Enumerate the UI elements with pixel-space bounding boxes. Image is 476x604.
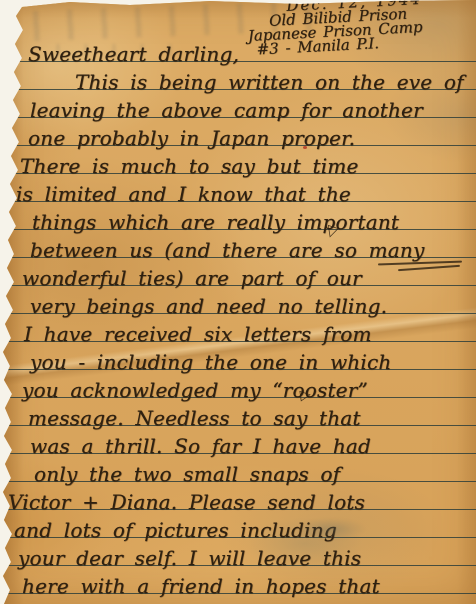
letter-line: your dear self. I will leave this — [0, 538, 476, 566]
letter-line: This is being written on the eve of — [0, 62, 476, 90]
letter-line: There is much to say but time — [0, 146, 476, 174]
letter-line: one probably in Japan proper. — [0, 118, 476, 146]
letter-line: only the two small snaps of — [0, 454, 476, 482]
letter-line: is limited and I know that the — [0, 174, 476, 202]
letter-line: was a thrill. So far I have had — [0, 426, 476, 454]
letter-line: you acknowledged my “rooster” — [0, 370, 476, 398]
ink-flourish-arrow: ▷ — [299, 387, 312, 402]
letter-line: I have received six letters from — [0, 314, 476, 342]
ruled-text-area: Sweetheart darling, This is being writte… — [0, 34, 476, 594]
letter-line: and lots of pictures including — [0, 510, 476, 538]
letter-line: here with a friend in hopes that — [0, 566, 476, 594]
letter-line: Victor + Diana. Please send lots — [0, 482, 476, 510]
salutation-line: Sweetheart darling, — [0, 34, 476, 62]
letter-line: very beings and need no telling. — [0, 286, 476, 314]
letter-paper: Dec. 12, 1944 Old Bilibid Prison Japanes… — [0, 0, 476, 604]
letter-line: you - including the one in which — [0, 342, 476, 370]
red-ink-fleck — [303, 146, 307, 149]
letter-line: leaving the above camp for another — [0, 90, 476, 118]
letter-line: between us (and there are so many — [0, 230, 476, 258]
gray-smudge — [296, 518, 366, 540]
letter-line: message. Needless to say that — [0, 398, 476, 426]
letter-line: things which are really important — [0, 202, 476, 230]
scanned-letter-photo: { "letter": { "header_lines": [ "Dec. 12… — [0, 0, 476, 604]
